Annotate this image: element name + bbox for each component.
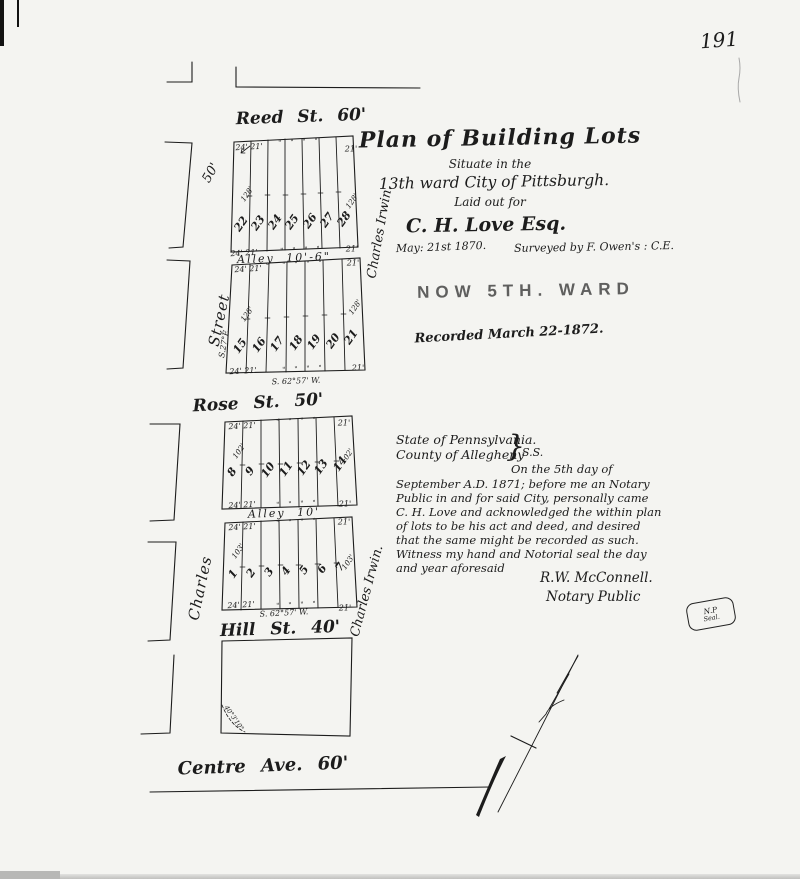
notary-body-line: that the same might be recorded as such. xyxy=(396,533,639,547)
plat-sheet: 191 Plan of Building Lots Situate in the… xyxy=(0,0,800,879)
notary-ss-label: S.S. xyxy=(522,446,543,459)
notary-seal-word: Seal. xyxy=(703,613,720,622)
north-arrow-blade xyxy=(476,756,506,817)
plan-title: Plan of Building Lots xyxy=(359,123,642,154)
block-8-14-dim-top-left: 24' 21' xyxy=(228,421,256,431)
title-situate-line: Situate in the xyxy=(449,157,532,171)
block-1-7-dim-bottom-right: 21' xyxy=(339,604,351,613)
block-8-14-dim-top-right: 21' xyxy=(338,419,350,428)
north-arrow-crossbar xyxy=(511,736,536,748)
block-22-28-dim-top-left: 24' 21' xyxy=(235,142,263,152)
notary-body-line: and year aforesaid xyxy=(396,561,505,575)
ward-stamp: NOW 5TH. WARD xyxy=(417,279,635,303)
title-client-line: C. H. Love Esq. xyxy=(406,213,566,238)
reed-north-corner-east xyxy=(236,67,420,88)
notary-body-line: September A.D. 1871; before me an Notary xyxy=(396,477,650,491)
margin-mark xyxy=(738,58,740,102)
block-1-7-dim-top-left: 24' 21' xyxy=(228,522,256,532)
title-surveyor-line: Surveyed by F. Owen's : C.E. xyxy=(514,239,674,255)
rose-row-bearing: S. 62°57' W. xyxy=(271,376,320,387)
notary-body-line: of lots to be his act and deed, and desi… xyxy=(396,519,640,533)
centre-ave-south-line xyxy=(150,787,490,792)
hill-st-label: Hill St. 40' xyxy=(220,617,341,641)
block-22-28-dim-bottom-right: 21' xyxy=(346,245,358,254)
notary-body-line: Witness my hand and Notorial seal the da… xyxy=(396,547,647,561)
block-8-14-dim-bottom-right: 21' xyxy=(339,500,351,509)
block-15-21-pin-ticks xyxy=(245,314,346,319)
notary-body-line: Public in and for said City, personally … xyxy=(396,491,648,505)
north-arrow xyxy=(476,655,578,817)
title-laid-out-line: Laid out for xyxy=(454,195,525,209)
notary-body-line: On the 5th day of xyxy=(511,462,613,476)
charles-west-block-4 xyxy=(148,542,176,641)
notary-body-line: C. H. Love and acknowledged the within p… xyxy=(396,505,661,519)
block-1-7-dim-top-right: 21' xyxy=(338,518,350,527)
charles-west-block-2 xyxy=(167,260,190,369)
block-15-21-dim-top-right: 21' xyxy=(347,259,359,268)
block-15-21-lot-lines xyxy=(246,259,345,373)
block-22-28-lot-lines xyxy=(249,137,340,251)
charles-west-block-1 xyxy=(165,142,192,248)
block-8-14-dim-bottom-left: 24' 21' xyxy=(228,500,256,510)
block-1-7-dim-bottom-left: 24' 21' xyxy=(227,600,255,610)
notary-signature: R.W. McConnell. xyxy=(540,570,653,586)
block-15-21-dim-bottom-left: 24' 21' xyxy=(229,366,257,376)
page-number: 191 xyxy=(699,27,739,54)
reed-north-corner-west xyxy=(167,62,192,82)
north-arrow-feather xyxy=(539,656,578,722)
block-22-28-dim-top-right: 21' xyxy=(345,145,357,154)
block-15-21-dim-top-left: 24' 21' xyxy=(234,264,262,274)
charles-west-block-5 xyxy=(141,655,174,734)
notary-signature-title: Notary Public xyxy=(546,589,640,605)
block-22-28-pin-ticks xyxy=(247,192,341,196)
charles-west-block-3 xyxy=(150,424,180,521)
block-22-28-dim-bottom-left: 24' 21' xyxy=(230,248,258,258)
block-15-21-dim-bottom-right: 21' xyxy=(352,364,364,373)
